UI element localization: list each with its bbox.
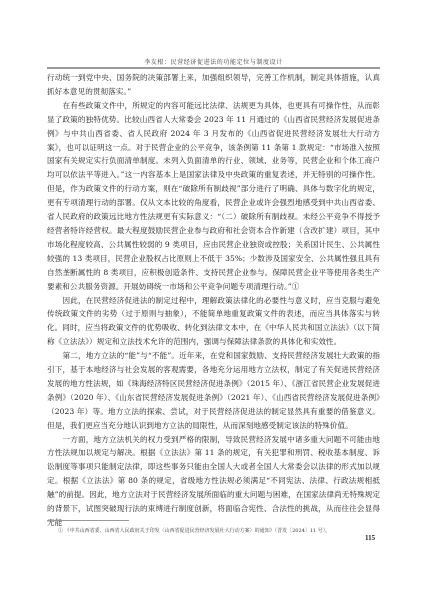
paragraph: 行动统一到党中央、国务院的决策部署上来，加强组织领导，完善工作机制，制定具体措施… bbox=[47, 71, 380, 99]
paragraph: 因此，在民营经济促进法的制定过程中，理解政策法律化的必要性与意义时，应当克服与避… bbox=[47, 294, 380, 350]
paragraph: 一方面，地方立法机关的权力受到严格的限制，导致民营经济发展中诸多重大问题不可能由… bbox=[47, 433, 380, 530]
footnote: ① 《中共山西省委、山西省人民政府关于印发〈山西省促进民营经济发展壮大行动方案〉… bbox=[58, 527, 388, 534]
paragraph: 第二，地方立法的“能”与“不能”。近年来，在党和国家鼓励、支持民营经济发展壮大政… bbox=[47, 349, 380, 432]
footnote-rule bbox=[47, 520, 129, 521]
footnote-marker: ① bbox=[58, 528, 63, 534]
paragraph: 在有些政策文件中，所规定的内容可能远比法律、法规更为具体，也更具有可操作性，从而… bbox=[47, 99, 380, 294]
page-number: 115 bbox=[365, 534, 375, 542]
header-rule bbox=[47, 67, 380, 69]
article-body: 行动统一到党中央、国务院的决策部署上来，加强组织领导，完善工作机制，制定具体措施… bbox=[47, 71, 380, 530]
running-head: 李友根：民营经济促进法的功能定位与制度设计 bbox=[0, 57, 427, 66]
footnote-text: 《中共山西省委、山西省人民政府关于印发〈山西省促进民营经济发展壮大行动方案〉的通… bbox=[65, 528, 331, 534]
